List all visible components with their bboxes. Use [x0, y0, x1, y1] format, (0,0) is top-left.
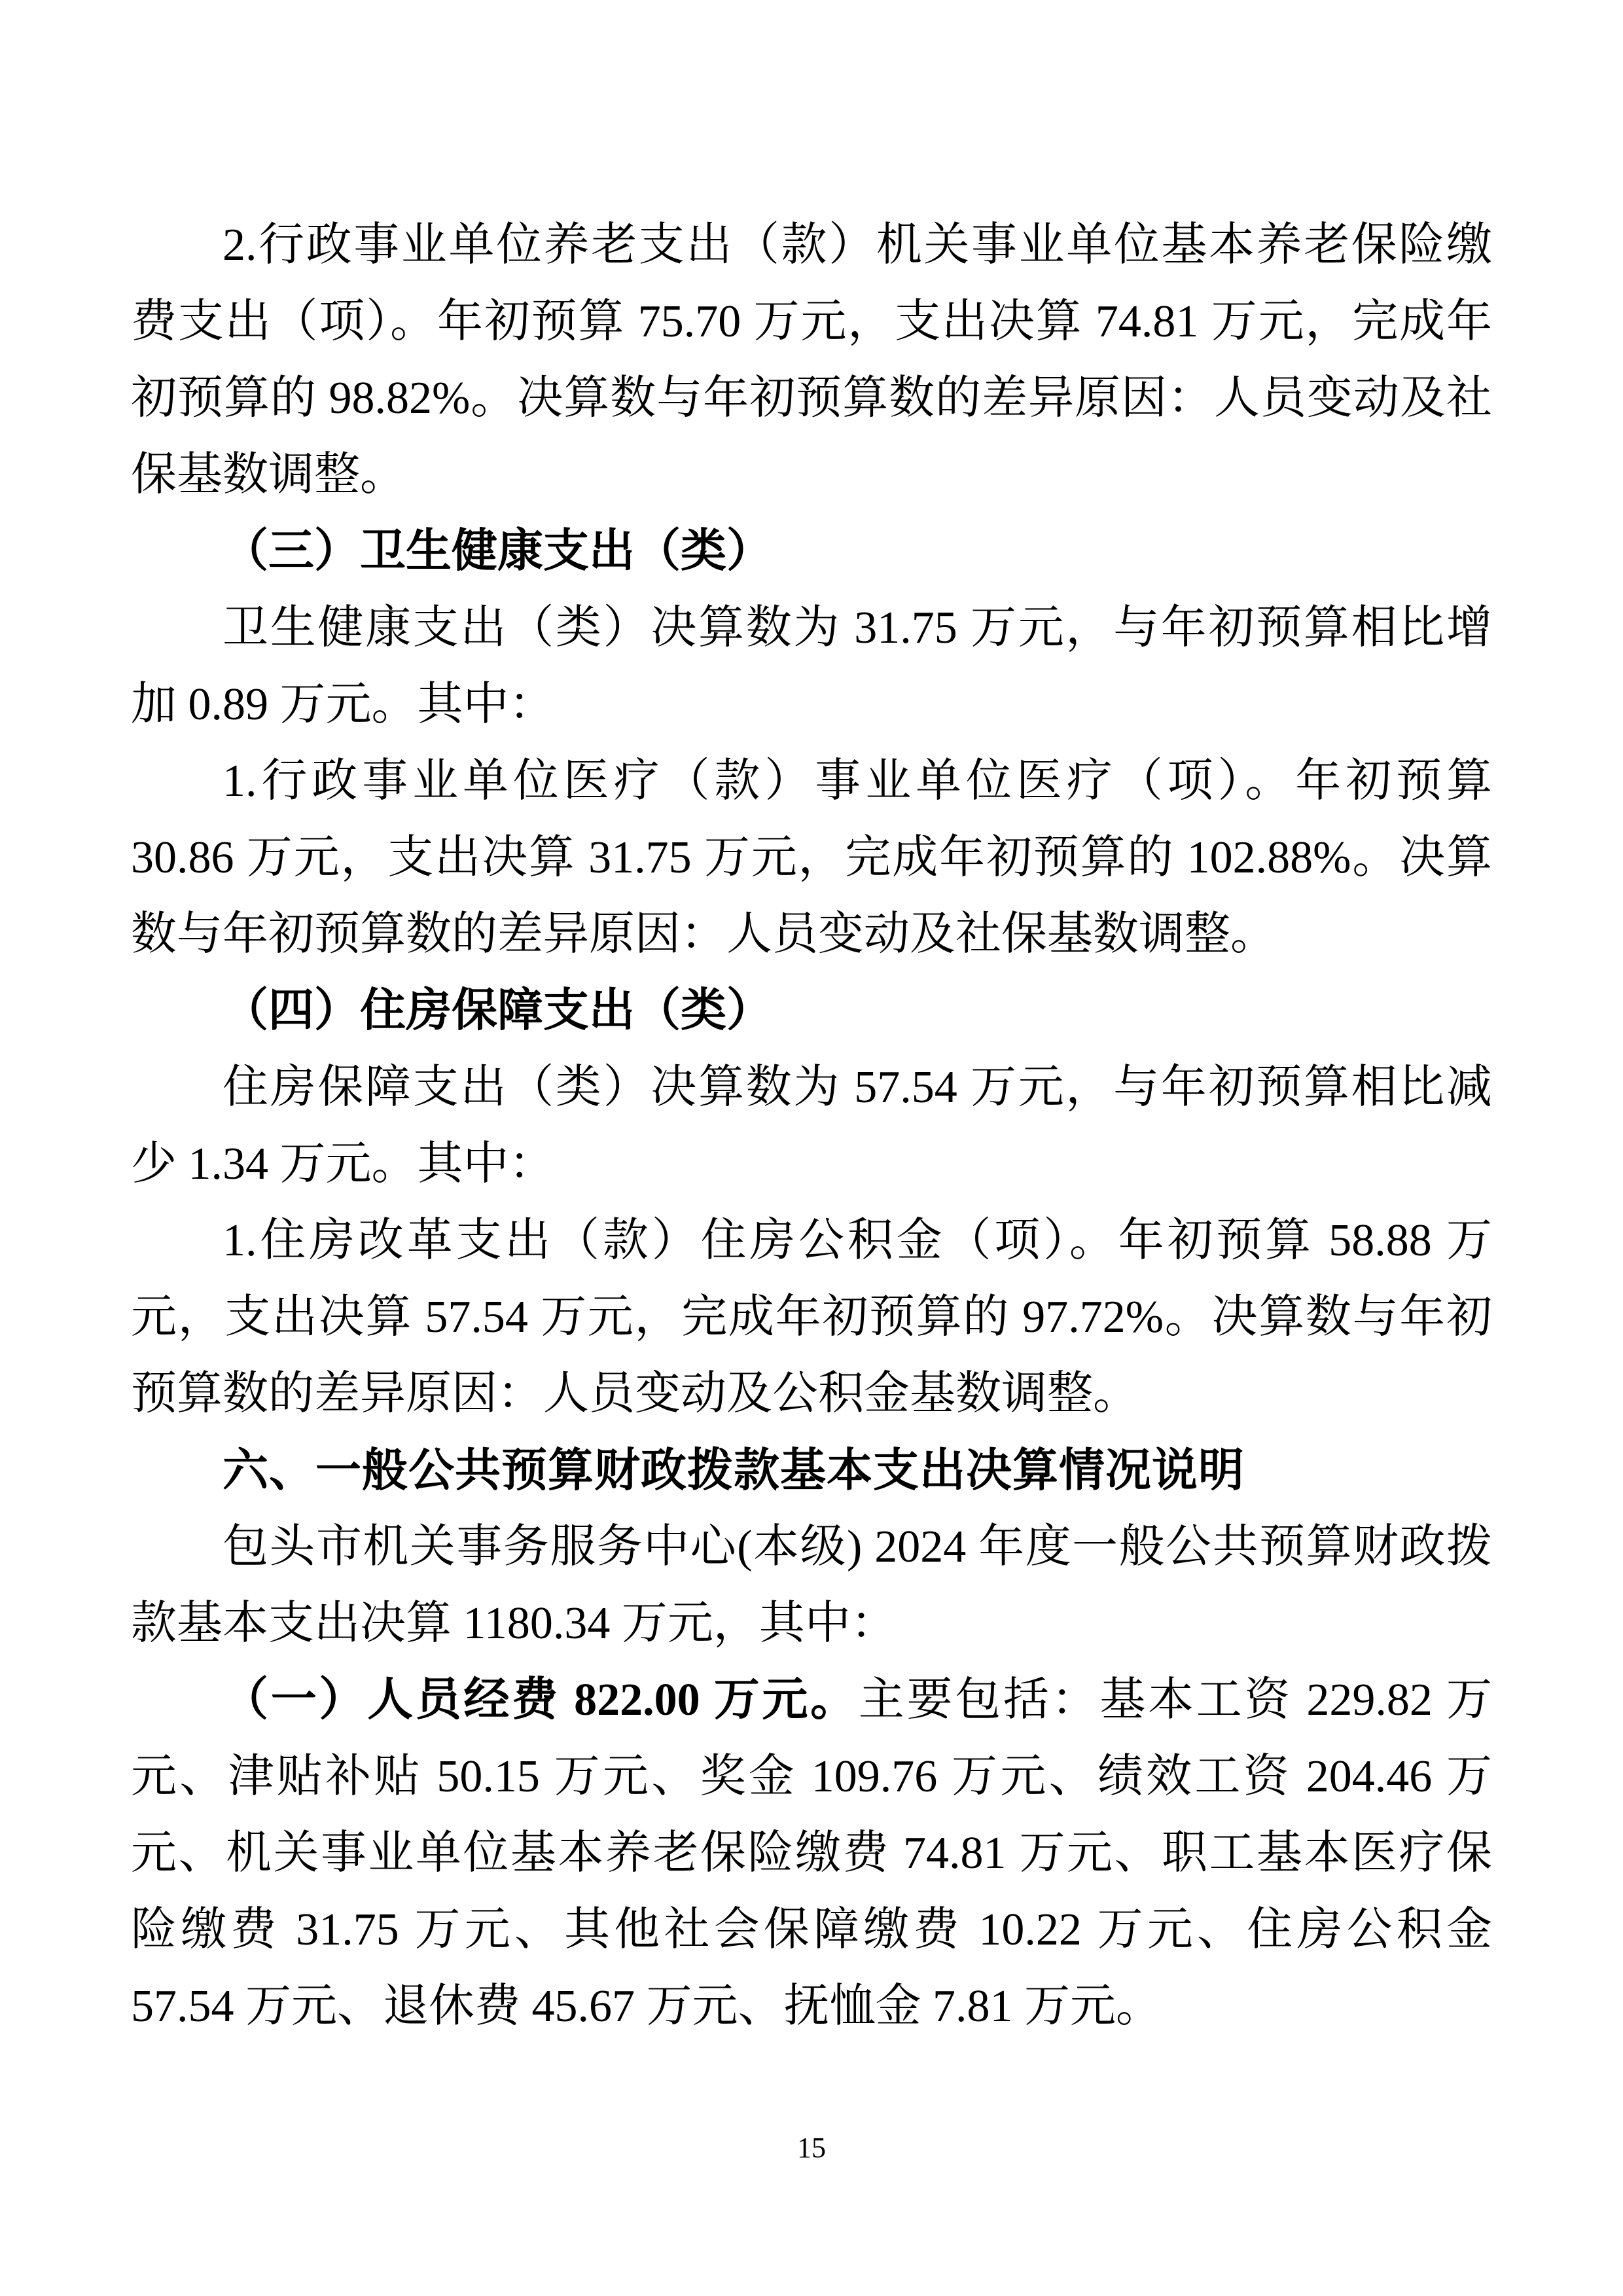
heading-section-3-health-expenditure: （三）卫生健康支出（类）: [131, 513, 1492, 590]
personnel-expenses-lead: （一）人员经费 822.00 万元。: [223, 1675, 859, 1725]
paragraph-housing-reform-item: 1.住房改革支出（款）住房公积金（项）。年初预算 58.88 万元，支出决算 5…: [131, 1202, 1492, 1432]
heading-section-4-housing-expenditure: （四）住房保障支出（类）: [131, 973, 1492, 1049]
paragraph-medical-item: 1.行政事业单位医疗（款）事业单位医疗（项）。年初预算 30.86 万元，支出决…: [131, 743, 1492, 973]
paragraph-pension-insurance-item: 2.行政事业单位养老支出（款）机关事业单位基本养老保险缴费支出（项）。年初预算 …: [131, 207, 1492, 513]
paragraph-housing-expenditure-summary: 住房保障支出（类）决算数为 57.54 万元，与年初预算相比减少 1.34 万元…: [131, 1049, 1492, 1202]
page-number: 15: [0, 2132, 1623, 2164]
document-page: 2.行政事业单位养老支出（款）机关事业单位基本养老保险缴费支出（项）。年初预算 …: [0, 0, 1623, 2296]
document-content: 2.行政事业单位养老支出（款）机关事业单位基本养老保险缴费支出（项）。年初预算 …: [131, 207, 1492, 2045]
paragraph-health-expenditure-summary: 卫生健康支出（类）决算数为 31.75 万元，与年初预算相比增加 0.89 万元…: [131, 590, 1492, 743]
heading-section-6-basic-expenditure-statement: 六、一般公共预算财政拨款基本支出决算情况说明: [131, 1432, 1492, 1509]
paragraph-basic-expenditure-summary: 包头市机关事务服务中心(本级) 2024 年度一般公共预算财政拨款基本支出决算 …: [131, 1509, 1492, 1662]
paragraph-personnel-expenses: （一）人员经费 822.00 万元。主要包括：基本工资 229.82 万元、津贴…: [131, 1662, 1492, 2045]
personnel-expenses-detail: 主要包括：基本工资 229.82 万元、津贴补贴 50.15 万元、奖金 109…: [131, 1675, 1492, 2032]
